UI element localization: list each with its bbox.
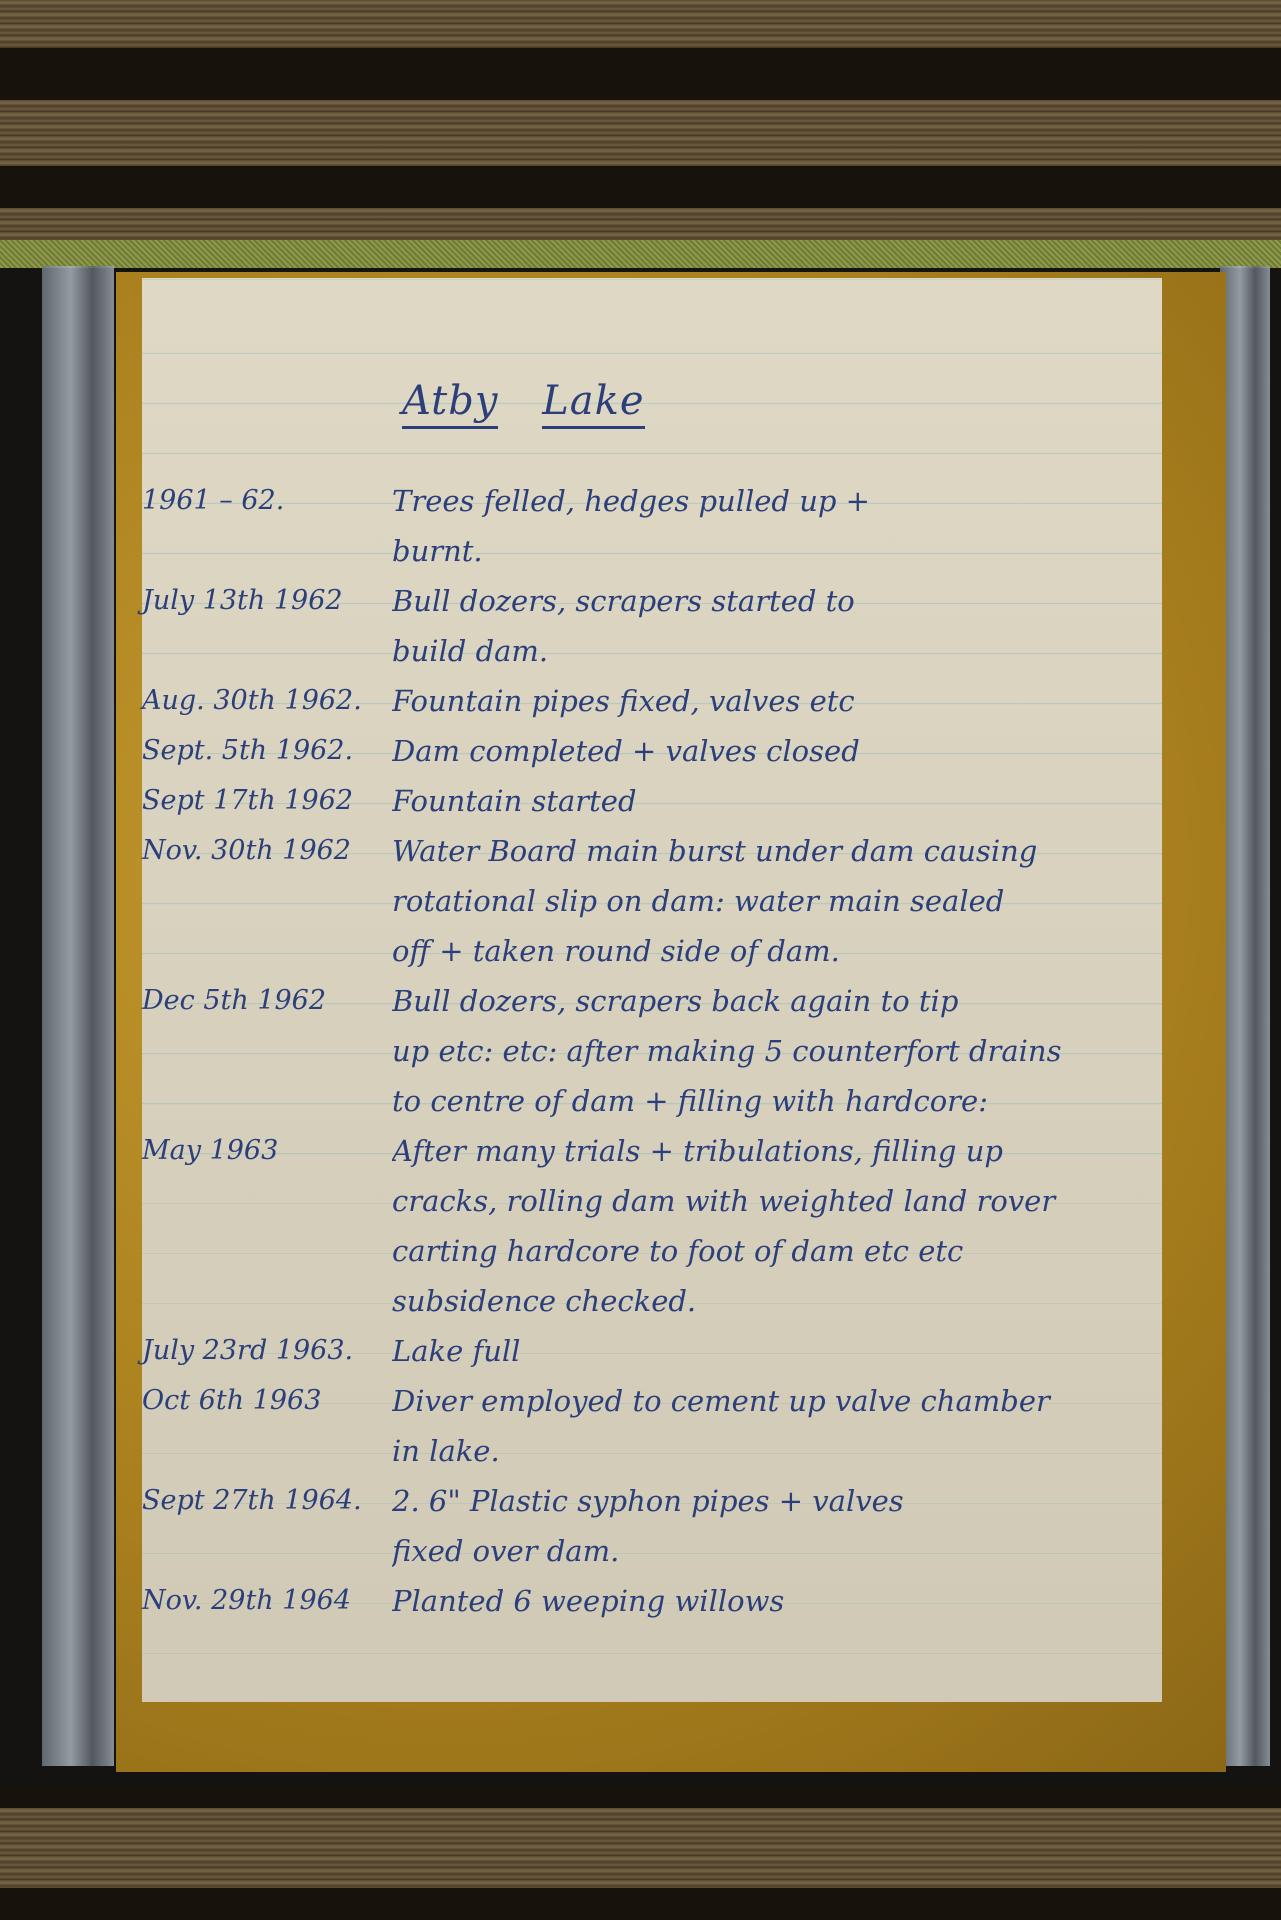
log-entry: Oct 6th 1963 Diver employed to cement up… — [142, 1376, 1162, 1476]
entry-date: Aug. 30th 1962. — [142, 676, 392, 726]
entry-line: Trees felled, hedges pulled up + — [392, 476, 1142, 526]
plastic-sleeve-right — [1220, 266, 1270, 1766]
entry-text: Planted 6 weeping willows — [392, 1576, 1162, 1626]
entry-date: Nov. 29th 1964 — [142, 1576, 392, 1626]
log-entry: July 13th 1962 Bull dozers, scrapers sta… — [142, 576, 1162, 676]
entry-line: subsidence checked. — [392, 1276, 1142, 1326]
entry-line: carting hardcore to foot of dam etc etc — [392, 1226, 1142, 1276]
entry-line: in lake. — [392, 1426, 1142, 1476]
entry-line: burnt. — [392, 526, 1142, 576]
wood-plank-top-3 — [0, 208, 1281, 240]
wood-gap — [0, 48, 1281, 100]
entry-line: rotational slip on dam: water main seale… — [392, 876, 1142, 926]
entry-text: Trees felled, hedges pulled up + burnt. — [392, 476, 1162, 576]
log-entry: Sept 17th 1962 Fountain started — [142, 776, 1162, 826]
wood-gap — [0, 1788, 1281, 1808]
entry-text: Diver employed to cement up valve chambe… — [392, 1376, 1162, 1476]
log-entry: Sept 27th 1964. 2. 6" Plastic syphon pip… — [142, 1476, 1162, 1576]
title-word-lake: Lake — [542, 378, 644, 429]
entry-text: Lake full — [392, 1326, 1162, 1376]
entry-date: July 13th 1962 — [142, 576, 392, 676]
entry-line: Fountain pipes fixed, valves etc — [392, 676, 1142, 726]
entry-line: build dam. — [392, 626, 1142, 676]
entry-text: Bull dozers, scrapers started to build d… — [392, 576, 1162, 676]
wood-gap — [0, 166, 1281, 210]
entry-line: Fountain started — [392, 776, 1142, 826]
entry-line: 2. 6" Plastic syphon pipes + valves — [392, 1476, 1142, 1526]
entry-line: Bull dozers, scrapers back again to tip — [392, 976, 1142, 1026]
entry-line: Lake full — [392, 1326, 1142, 1376]
log-entries: 1961 – 62. Trees felled, hedges pulled u… — [142, 476, 1162, 1626]
entry-text: Bull dozers, scrapers back again to tip … — [392, 976, 1162, 1126]
log-entry: Sept. 5th 1962. Dam completed + valves c… — [142, 726, 1162, 776]
log-entry: May 1963 After many trials + tribulation… — [142, 1126, 1162, 1326]
entry-text: After many trials + tribulations, fillin… — [392, 1126, 1162, 1326]
log-entry: 1961 – 62. Trees felled, hedges pulled u… — [142, 476, 1162, 576]
entry-date: Sept 27th 1964. — [142, 1476, 392, 1576]
entry-date: Sept. 5th 1962. — [142, 726, 392, 776]
plastic-sleeve-left — [42, 266, 114, 1766]
title-word-atby: Atby — [402, 378, 498, 429]
wood-plank-top-2 — [0, 100, 1281, 166]
wood-plank-top-1 — [0, 0, 1281, 48]
green-cloth-edge — [0, 240, 1281, 270]
entry-date: Sept 17th 1962 — [142, 776, 392, 826]
entry-line: off + taken round side of dam. — [392, 926, 1142, 976]
entry-date: Dec 5th 1962 — [142, 976, 392, 1126]
entry-line: Planted 6 weeping willows — [392, 1576, 1142, 1626]
log-entry: Nov. 30th 1962 Water Board main burst un… — [142, 826, 1162, 976]
entry-date: Oct 6th 1963 — [142, 1376, 392, 1476]
entry-line: fixed over dam. — [392, 1526, 1142, 1576]
entry-text: Dam completed + valves closed — [392, 726, 1162, 776]
entry-date: July 23rd 1963. — [142, 1326, 392, 1376]
handwritten-page: Atby Lake 1961 – 62. Trees felled, hedge… — [142, 278, 1162, 1702]
log-entry: Aug. 30th 1962. Fountain pipes fixed, va… — [142, 676, 1162, 726]
entry-text: Fountain started — [392, 776, 1162, 826]
entry-date: Nov. 30th 1962 — [142, 826, 392, 976]
entry-line: Diver employed to cement up valve chambe… — [392, 1376, 1142, 1426]
entry-text: Fountain pipes fixed, valves etc — [392, 676, 1162, 726]
wood-gap — [0, 1888, 1281, 1920]
entry-date: 1961 – 62. — [142, 476, 392, 576]
wood-plank-bottom — [0, 1808, 1281, 1888]
entry-line: After many trials + tribulations, fillin… — [392, 1126, 1142, 1176]
page-title: Atby Lake — [402, 378, 675, 424]
entry-line: Bull dozers, scrapers started to — [392, 576, 1142, 626]
entry-line: Dam completed + valves closed — [392, 726, 1142, 776]
entry-text: 2. 6" Plastic syphon pipes + valves fixe… — [392, 1476, 1162, 1576]
entry-line: to centre of dam + filling with hardcore… — [392, 1076, 1142, 1126]
entry-text: Water Board main burst under dam causing… — [392, 826, 1162, 976]
entry-line: up etc: etc: after making 5 counterfort … — [392, 1026, 1142, 1076]
entry-line: cracks, rolling dam with weighted land r… — [392, 1176, 1142, 1226]
log-entry: Dec 5th 1962 Bull dozers, scrapers back … — [142, 976, 1162, 1126]
entry-date: May 1963 — [142, 1126, 392, 1326]
entry-line: Water Board main burst under dam causing — [392, 826, 1142, 876]
log-entry: Nov. 29th 1964 Planted 6 weeping willows — [142, 1576, 1162, 1626]
log-entry: July 23rd 1963. Lake full — [142, 1326, 1162, 1376]
